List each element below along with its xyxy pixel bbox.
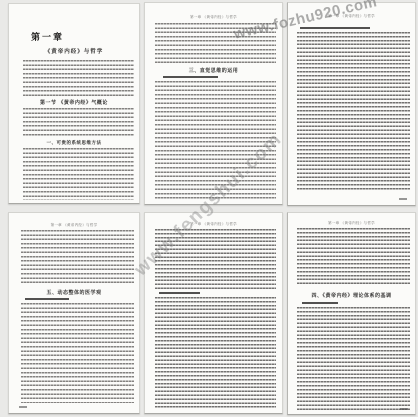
scanned-page-5: 第一章 《黄帝内经》与哲学 [144, 212, 283, 414]
body-text-block [155, 23, 276, 65]
running-header: 第一章 《黄帝内经》与哲学 [288, 14, 415, 19]
scanned-page-3: 第一章 《黄帝内经》与哲学 [287, 2, 416, 206]
bold-subheading-line [302, 302, 338, 304]
body-text-block [297, 228, 410, 286]
subsection-heading: 一、可贵的系统思维方法 [9, 140, 139, 146]
page-title: 《黄帝内经》与哲学 [9, 47, 139, 55]
running-header: 第一章 《黄帝内经》与哲学 [145, 15, 282, 20]
body-text-block [21, 230, 134, 286]
scanned-page-1: 第一章 《黄帝内经》与哲学 第一节 《黄帝内经》气概论 一、可贵的系统思维方法 [8, 3, 140, 204]
body-text-block [297, 32, 410, 192]
body-text-block [23, 60, 134, 97]
document-grid: 第一章 《黄帝内经》与哲学 第一节 《黄帝内经》气概论 一、可贵的系统思维方法 … [0, 0, 418, 417]
bold-subheading-line [300, 27, 370, 29]
body-text-block [23, 148, 134, 200]
page-number-mark [19, 406, 27, 408]
page-number-mark [399, 198, 407, 200]
section-heading: 第一节 《黄帝内经》气概论 [9, 99, 139, 106]
running-header: 第一章 《黄帝内经》与哲学 [9, 223, 139, 228]
body-text-block [23, 108, 134, 137]
section-heading: 三、直觉思维的运用 [145, 67, 282, 74]
scanned-page-4: 第一章 《黄帝内经》与哲学 五、动态整体的医学观 [8, 212, 140, 414]
body-text-block [155, 81, 276, 199]
body-text-block [21, 303, 134, 403]
chapter-heading: 第一章 [31, 30, 64, 43]
bold-subheading-line [159, 292, 200, 294]
running-header: 第一章 《黄帝内经》与哲学 [145, 222, 282, 227]
section-heading: 四、《黄帝内经》理论体系的基调 [288, 292, 415, 299]
body-text-block [297, 307, 410, 411]
scanned-page-6: 第一章 《黄帝内经》与哲学 四、《黄帝内经》理论体系的基调 [287, 212, 416, 415]
running-header: 第一章 《黄帝内经》与哲学 [288, 221, 415, 226]
bold-subheading-line [163, 76, 218, 78]
page-number-mark [400, 408, 408, 410]
body-text-block [155, 229, 276, 289]
body-text-block [155, 297, 276, 409]
section-heading: 五、动态整体的医学观 [9, 289, 139, 296]
scanned-page-2: 第一章 《黄帝内经》与哲学 三、直觉思维的运用 [144, 2, 283, 205]
bold-subheading-line [25, 298, 69, 300]
